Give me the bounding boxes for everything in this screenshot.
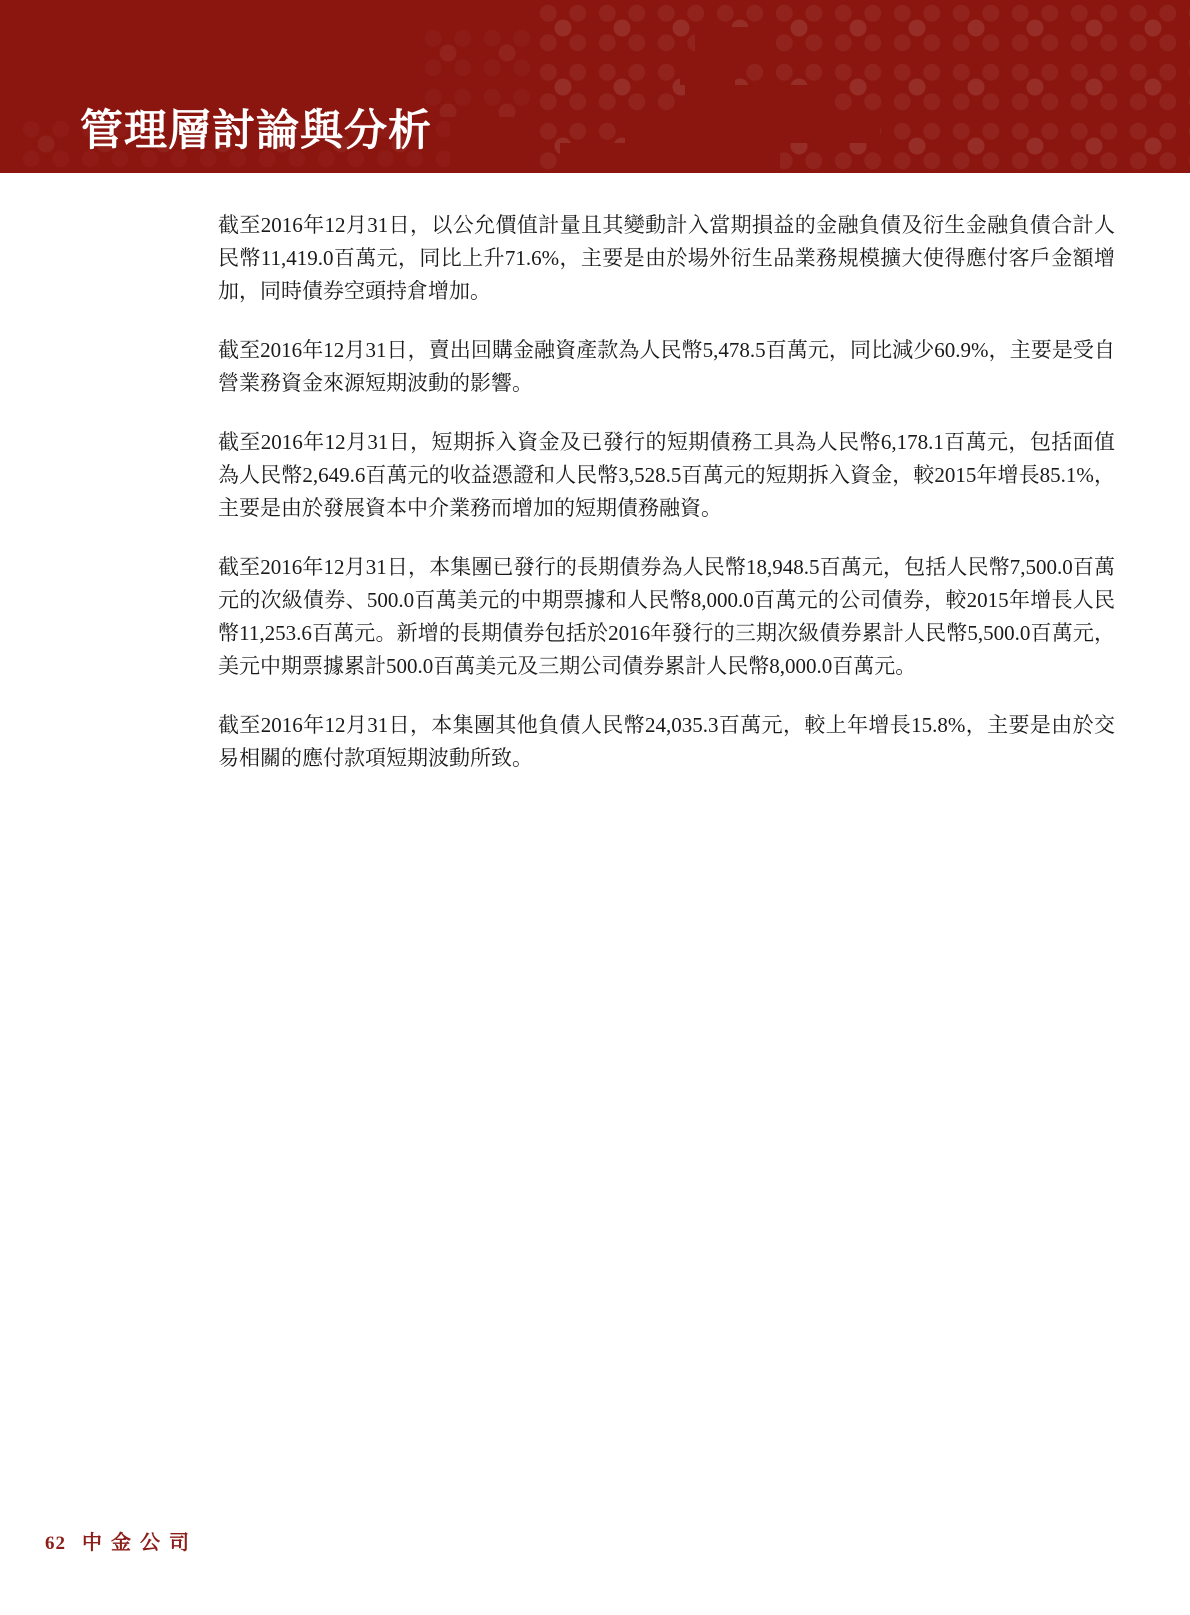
paragraph-other-liabilities: 截至2016年12月31日，本集團其他負債人民幣24,035.3百萬元，較上年增…	[218, 709, 1115, 775]
page-number: 62	[45, 1533, 66, 1554]
dot-pattern-gap	[560, 143, 780, 173]
banner-dot-pattern	[535, 0, 1190, 173]
banner-dot-pattern	[420, 25, 540, 117]
dot-pattern-gap	[625, 114, 880, 143]
page-title: 管理層討論與分析	[80, 108, 432, 155]
company-name: 中金公司	[82, 1532, 198, 1554]
report-page: 管理層討論與分析 截至2016年12月31日，以公允價值計量且其變動計入當期損益…	[0, 0, 1190, 1615]
dot-pattern-gap	[685, 85, 830, 114]
body-content: 截至2016年12月31日，以公允價值計量且其變動計入當期損益的金融負債及衍生金…	[218, 209, 1115, 801]
dot-pattern-gap	[680, 56, 735, 85]
page-footer: 62中金公司	[45, 1526, 198, 1555]
paragraph-repurchase-agreements: 截至2016年12月31日，賣出回購金融資產款為人民幣5,478.5百萬元，同比…	[218, 334, 1115, 400]
dot-pattern-gap	[695, 27, 765, 56]
paragraph-fair-value-liabilities: 截至2016年12月31日，以公允價值計量且其變動計入當期損益的金融負債及衍生金…	[218, 209, 1115, 308]
paragraph-long-term-bonds: 截至2016年12月31日，本集團已發行的長期債券為人民幣18,948.5百萬元…	[218, 551, 1115, 683]
page-banner: 管理層討論與分析	[0, 0, 1190, 173]
paragraph-short-term-borrowings: 截至2016年12月31日，短期拆入資金及已發行的短期債務工具為人民幣6,178…	[218, 426, 1115, 525]
